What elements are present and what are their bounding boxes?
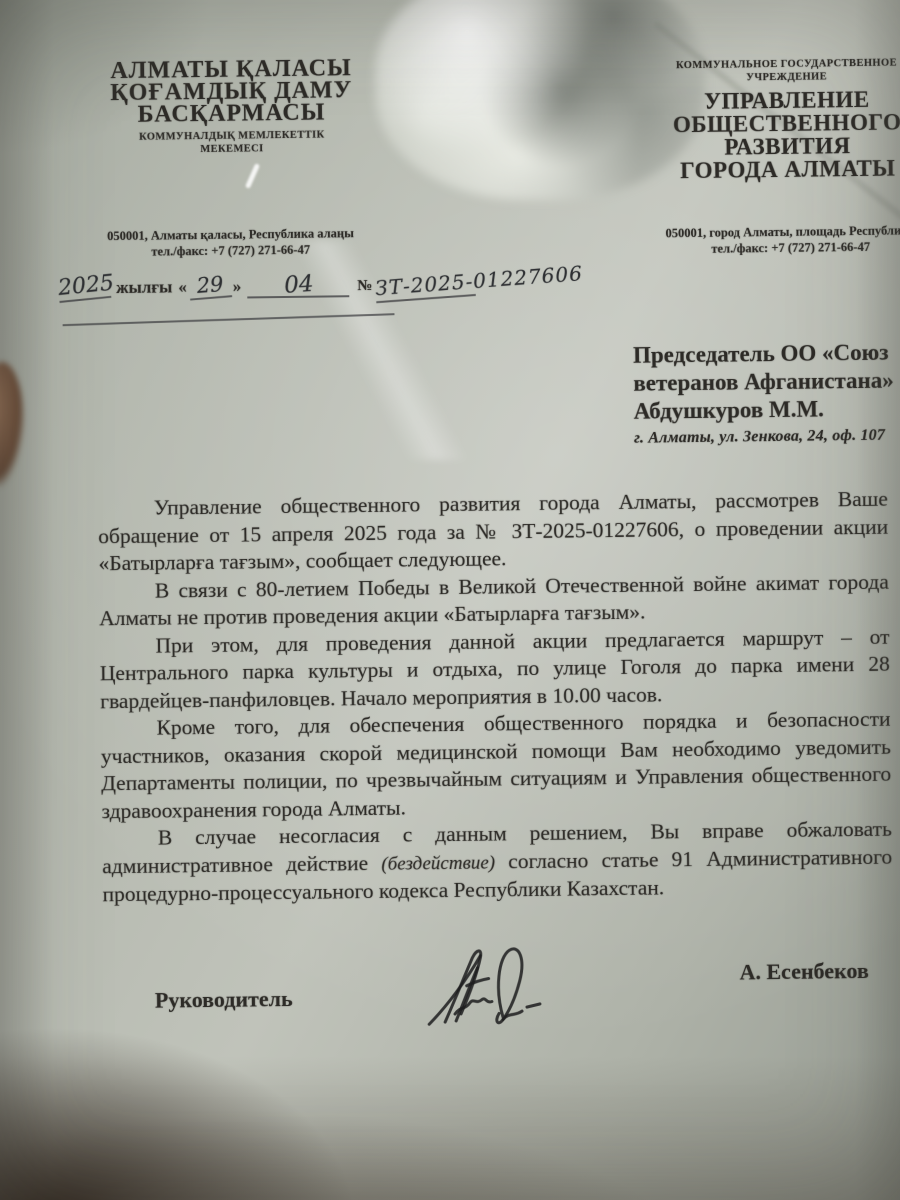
- paragraph: При этом, для проведения данной акции пр…: [99, 623, 890, 715]
- recipient-address: г. Алматы, ул. Зенкова, 24, оф. 107: [634, 425, 900, 449]
- recipient-name: Абдушкуров М.М.: [634, 394, 900, 426]
- year-label: жылғы: [116, 277, 172, 298]
- address-right: 050001, город Алматы, площадь Республики…: [605, 222, 900, 259]
- handwritten-month: 04: [283, 271, 314, 299]
- phone-ru: тел./факс: +7 (727) 271-66-47: [606, 238, 900, 259]
- phone-kk: тел./факс: +7 (727) 271-66-47: [51, 240, 411, 260]
- handwritten-number: ЗТ-2025-01227606: [375, 261, 584, 303]
- close-quote: »: [233, 277, 242, 297]
- handwritten-year: 2025: [57, 271, 111, 303]
- letterhead-right: КОММУНАЛЬНОЕ ГОСУДАРСТВЕННОЕ УЧРЕЖДЕНИЕ …: [609, 56, 900, 183]
- letterhead-left: АЛМАТЫ ҚАЛАСЫ ҚОҒАМДЫҚ ДАМУ БАСҚАРМАСЫ К…: [63, 57, 399, 158]
- org-name-ru-line: ОБЩЕСТВЕННОГО РАЗВИТИЯ: [610, 110, 900, 160]
- signer-name: А. Есенбеков: [739, 958, 869, 986]
- letter-page: АЛМАТЫ ҚАЛАСЫ ҚОҒАМДЫҚ ДАМУ БАСҚАРМАСЫ К…: [0, 0, 900, 1200]
- paragraph: Кроме того, для обеспечения общественног…: [100, 706, 891, 826]
- org-name-ru-line: ГОРОДА АЛМАТЫ: [611, 156, 900, 183]
- recipient-block: Председатель ОО «Союз ветеранов Афганист…: [633, 338, 900, 449]
- date-line: 2025 жылғы « 29 » 04 № ЗТ-2025-01227606: [58, 266, 618, 301]
- recipient-line: ветеранов Афганистана»: [633, 366, 900, 398]
- blank-underline: [63, 313, 395, 326]
- paragraph: В связи с 80-летием Победы в Великой Оте…: [99, 568, 890, 633]
- month-blank: 04: [247, 269, 349, 298]
- open-quote: «: [178, 277, 187, 297]
- letter-body: Управление общественного развития города…: [98, 486, 893, 909]
- signature-scribble: [422, 941, 573, 1038]
- paragraph: Управление общественного развития города…: [98, 486, 889, 578]
- final-paragraph-italic: (бездействие): [381, 852, 495, 874]
- number-sign: №: [357, 278, 372, 295]
- handwritten-day: 29: [188, 271, 232, 300]
- document-photo: АЛМАТЫ ҚАЛАСЫ ҚОҒАМДЫҚ ДАМУ БАСҚАРМАСЫ К…: [0, 0, 900, 1200]
- org-type-kk-line: МЕКЕМЕСІ: [64, 141, 399, 158]
- paragraph: В случае несогласия с данным решением, В…: [102, 816, 893, 909]
- address-left: 050001, Алматы қаласы, Республика алаңы …: [50, 224, 410, 260]
- signer-title: Руководитель: [155, 986, 293, 1014]
- recipient-line: Председатель ОО «Союз: [633, 338, 900, 370]
